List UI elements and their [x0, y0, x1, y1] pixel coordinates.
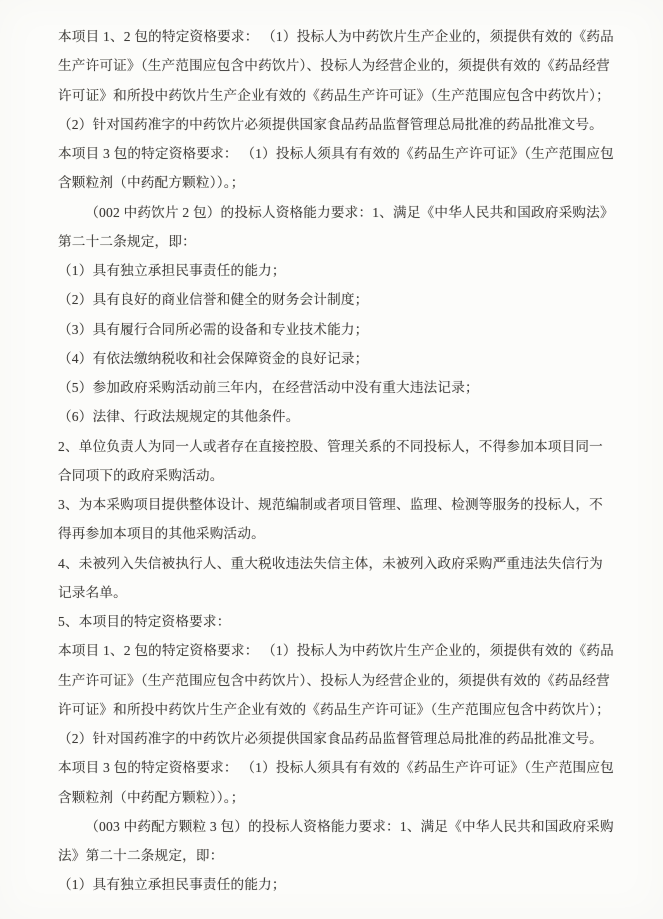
scanned-document-page: 本项目 1、2 包的特定资格要求： （1）投标人为中药饮片生产企业的，须提供有效… — [0, 0, 663, 919]
text-line: 本项目 1、2 包的特定资格要求： （1）投标人为中药饮片生产企业的，须提供有效… — [58, 22, 643, 51]
text-line: 含颗粒剂（中药配方颗粒））。； — [58, 168, 643, 197]
text-line: 生产许可证》（生产范围应包含中药饮片）、投标人为经营企业的，须提供有效的《药品经… — [58, 666, 643, 695]
text-line: 记录名单。 — [58, 578, 643, 607]
text-line: 本项目 3 包的特定资格要求： （1）投标人须具有有效的《药品生产许可证》（生产… — [58, 753, 643, 782]
text-line: 法》第二十二条规定，即： — [58, 841, 643, 870]
text-line: 本项目 3 包的特定资格要求： （1）投标人须具有有效的《药品生产许可证》（生产… — [58, 139, 643, 168]
text-line: （2）针对国药准字的中药饮片必须提供国家食品药品监督管理总局批准的药品批准文号。 — [58, 110, 643, 139]
text-line: （6）法律、行政法规规定的其他条件。 — [58, 402, 643, 431]
text-line: 得再参加本项目的其他采购活动。 — [58, 519, 643, 548]
text-line: 生产许可证》（生产范围应包含中药饮片）、投标人为经营企业的，须提供有效的《药品经… — [58, 51, 643, 80]
text-line: （3）具有履行合同所必需的设备和专业技术能力； — [58, 315, 643, 344]
text-line: 合同项下的政府采购活动。 — [58, 461, 643, 490]
text-line: 第二十二条规定，即： — [58, 227, 643, 256]
text-line: 5、本项目的特定资格要求： — [58, 607, 643, 636]
text-line: 3、为本采购项目提供整体设计、规范编制或者项目管理、监理、检测等服务的投标人，不 — [58, 490, 643, 519]
text-line: 本项目 1、2 包的特定资格要求： （1）投标人为中药饮片生产企业的，须提供有效… — [58, 636, 643, 665]
text-line: （1）具有独立承担民事责任的能力； — [58, 870, 643, 899]
text-line: 许可证》和所投中药饮片生产企业有效的《药品生产许可证》（生产范围应包含中药饮片）… — [58, 695, 643, 724]
text-line: （003 中药配方颗粒 3 包）的投标人资格能力要求：1、满足《中华人民共和国政… — [58, 812, 643, 841]
text-line: （2）具有良好的商业信誉和健全的财务会计制度； — [58, 285, 643, 314]
text-line: 含颗粒剂（中药配方颗粒））。； — [58, 783, 643, 812]
text-line: （1）具有独立承担民事责任的能力； — [58, 256, 643, 285]
text-line: （002 中药饮片 2 包）的投标人资格能力要求：1、满足《中华人民共和国政府采… — [58, 198, 643, 227]
document-body: 本项目 1、2 包的特定资格要求： （1）投标人为中药饮片生产企业的，须提供有效… — [58, 22, 643, 900]
text-line: （5）参加政府采购活动前三年内，在经营活动中没有重大违法记录； — [58, 373, 643, 402]
text-line: 2、单位负责人为同一人或者存在直接控股、管理关系的不同投标人，不得参加本项目同一 — [58, 432, 643, 461]
text-line: 4、未被列入失信被执行人、重大税收违法失信主体，未被列入政府采购严重违法失信行为 — [58, 549, 643, 578]
text-line: 许可证》和所投中药饮片生产企业有效的《药品生产许可证》（生产范围应包含中药饮片）… — [58, 81, 643, 110]
text-line: （2）针对国药准字的中药饮片必须提供国家食品药品监督管理总局批准的药品批准文号。 — [58, 724, 643, 753]
text-line: （4）有依法缴纳税收和社会保障资金的良好记录； — [58, 344, 643, 373]
